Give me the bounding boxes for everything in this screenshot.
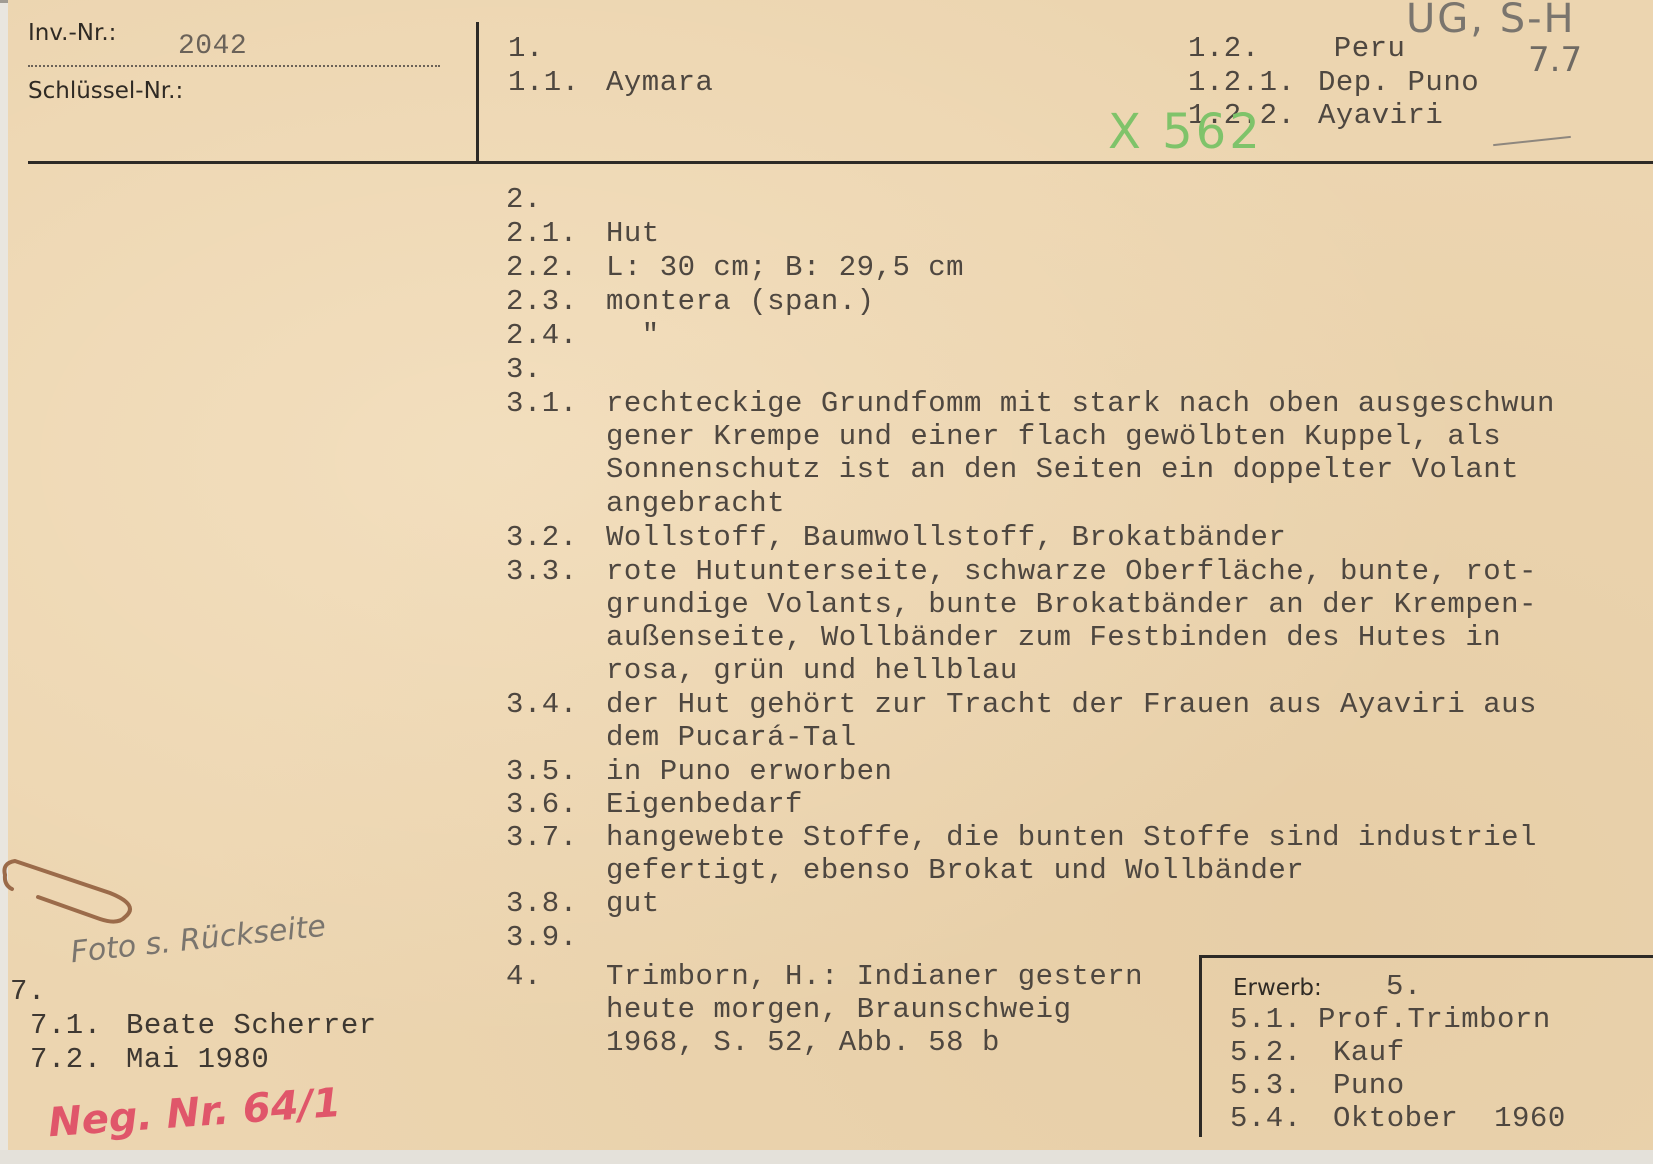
- condition: gut: [606, 887, 660, 921]
- section-3-1-num: 3.1.: [506, 387, 578, 421]
- photo-date: Mai 1980: [126, 1043, 269, 1077]
- section-2-2-num: 2.2.: [506, 251, 578, 285]
- index-card: Inv.-Nr.: 2042 Schlüssel-Nr.: 1. 1.1. Ay…: [8, 0, 1653, 1150]
- usage-line: dem Pucará-Tal: [606, 721, 857, 755]
- pencil-number-note: 7.7: [1528, 40, 1582, 80]
- purpose: Eigenbedarf: [606, 788, 803, 822]
- colors-line: rosa, grün und hellblau: [606, 654, 1018, 688]
- description-line: Sonnenschutz ist an den Seiten ein doppe…: [606, 453, 1519, 487]
- acquisition-box-left-rule: [1199, 955, 1202, 1137]
- production-line: gefertigt, ebenso Brokat und Wollbänder: [606, 854, 1304, 888]
- section-5-1-num: 5.1.: [1230, 1003, 1302, 1037]
- section-5-num: 5.: [1386, 970, 1422, 1004]
- section-5-4-num: 5.4.: [1230, 1102, 1302, 1136]
- object-name: Hut: [606, 217, 660, 251]
- native-name: montera (span.): [606, 285, 875, 319]
- key-number-label: Schlüssel-Nr.:: [28, 78, 183, 104]
- section-2-num: 2.: [506, 183, 542, 217]
- section-3-6-num: 3.6.: [506, 788, 578, 822]
- section-7-1-num: 7.1.: [30, 1009, 102, 1043]
- section-1-num: 1.: [508, 32, 544, 66]
- section-2-3-num: 2.3.: [506, 285, 578, 319]
- section-3-4-num: 3.4.: [506, 688, 578, 722]
- object-dimensions: L: 30 cm; B: 29,5 cm: [606, 251, 964, 285]
- production-line: hangewebte Stoffe, die bunten Stoffe sin…: [606, 821, 1537, 855]
- description-line: rechteckige Grundfomm mit stark nach obe…: [606, 387, 1555, 421]
- paperclip-icon: [0, 855, 135, 925]
- section-4-num: 4.: [506, 960, 542, 994]
- inv-number-dotted-line: [28, 65, 440, 67]
- section-2-4-num: 2.4.: [506, 319, 578, 353]
- section-5-3-num: 5.3.: [1230, 1069, 1302, 1103]
- colors-line: außenseite, Wollbänder zum Festbinden de…: [606, 621, 1501, 655]
- section-3-7-num: 3.7.: [506, 821, 578, 855]
- colors-line: rote Hutunterseite, schwarze Oberfläche,…: [606, 555, 1537, 589]
- ethnic-group: Aymara: [606, 66, 713, 100]
- section-3-num: 3.: [506, 353, 542, 387]
- section-3-5-num: 3.5.: [506, 755, 578, 789]
- literature-line: 1968, S. 52, Abb. 58 b: [606, 1026, 1000, 1060]
- description-line: angebracht: [606, 487, 785, 521]
- section-1-2-1-num: 1.2.1.: [1188, 66, 1295, 100]
- inv-number-label: Inv.-Nr.:: [28, 20, 116, 46]
- section-3-2-num: 3.2.: [506, 521, 578, 555]
- literature-line: heute morgen, Braunschweig: [606, 993, 1071, 1027]
- section-1-2-num: 1.2.: [1188, 32, 1260, 66]
- section-2-1-num: 2.1.: [506, 217, 578, 251]
- photographer: Beate Scherrer: [126, 1009, 377, 1043]
- section-3-9-num: 3.9.: [506, 921, 578, 955]
- acquisition-place-note: in Puno erworben: [606, 755, 892, 789]
- country: Peru: [1298, 32, 1405, 66]
- acquisition-place: Puno: [1333, 1069, 1405, 1103]
- acquisition-type: Kauf: [1333, 1036, 1405, 1070]
- red-negative-number: Neg. Nr. 64/1: [47, 1080, 343, 1146]
- colors-line: grundige Volants, bunte Brokatbänder an …: [606, 588, 1537, 622]
- usage-line: der Hut gehört zur Tracht der Frauen aus…: [606, 688, 1537, 722]
- materials: Wollstoff, Baumwollstoff, Brokatbänder: [606, 521, 1286, 555]
- header-vertical-divider: [476, 22, 479, 162]
- description-line: gener Krempe und einer flach gewölbten K…: [606, 420, 1501, 454]
- green-inventory-mark: X 562: [1108, 104, 1263, 160]
- section-1-1-num: 1.1.: [508, 66, 580, 100]
- section-5-2-num: 5.2.: [1230, 1036, 1302, 1070]
- pencil-classification-note: UG, S-H: [1406, 0, 1576, 42]
- acquired-from: Prof.Trimborn: [1318, 1003, 1551, 1037]
- pencil-stroke: [1493, 136, 1571, 146]
- inv-number-value: 2042: [178, 30, 247, 64]
- department: Dep. Puno: [1318, 66, 1479, 100]
- acquisition-date: Oktober 1960: [1333, 1102, 1566, 1136]
- section-3-3-num: 3.3.: [506, 555, 578, 589]
- section-3-8-num: 3.8.: [506, 887, 578, 921]
- acquisition-label: Erwerb:: [1233, 975, 1322, 1001]
- acquisition-box-top-rule: [1199, 955, 1653, 958]
- scan-background: [0, 1150, 1653, 1164]
- header-rule: [28, 161, 1653, 164]
- section-7-2-num: 7.2.: [30, 1043, 102, 1077]
- literature-line: Trimborn, H.: Indianer gestern: [606, 960, 1143, 994]
- town: Ayaviri: [1318, 99, 1443, 133]
- section-7-num: 7.: [10, 975, 46, 1009]
- section-2-4-ditto: ": [606, 319, 660, 353]
